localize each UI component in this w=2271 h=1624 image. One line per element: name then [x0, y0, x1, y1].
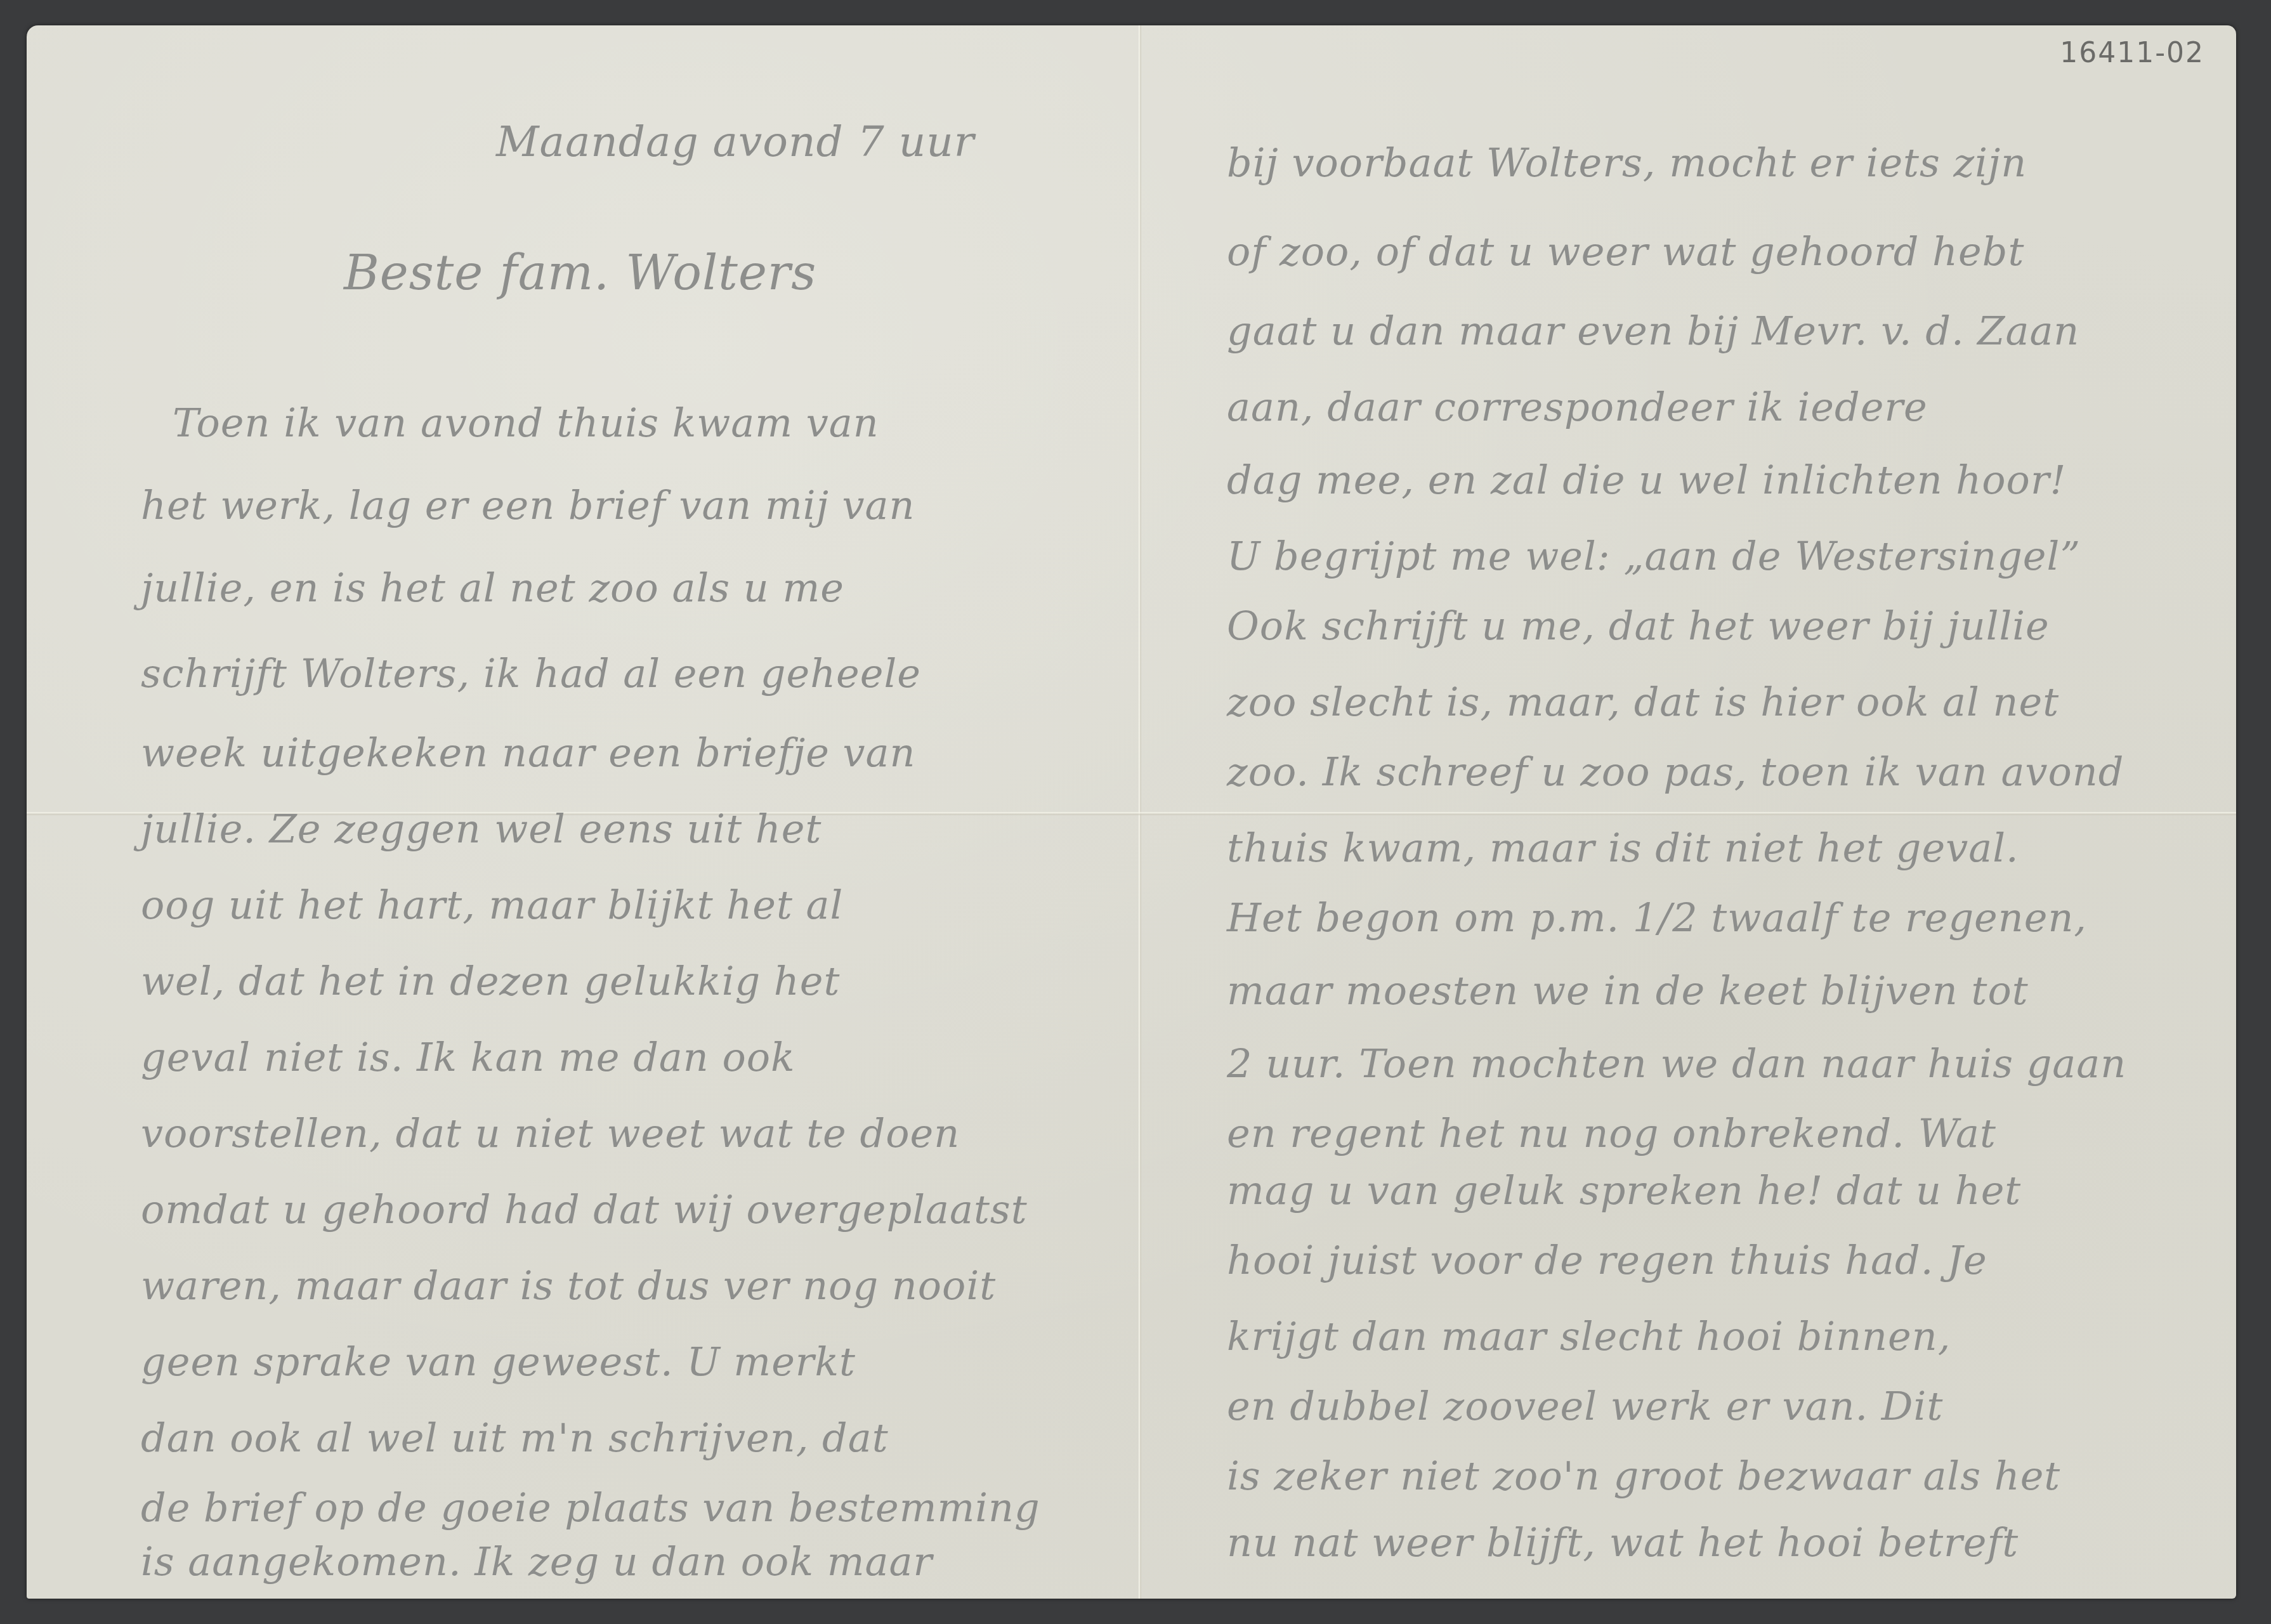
left-line-14: dan ook al wel uit m'n schrijven, dat	[141, 1415, 889, 1461]
right-line-17: krijgt dan maar slecht hooi binnen,	[1227, 1313, 1951, 1359]
left-line-12: waren, maar daar is tot dus ver nog nooi…	[141, 1262, 996, 1309]
left-page: Maandag avond 7 uur Beste fam. Wolters T…	[27, 25, 1139, 1599]
right-line-20: nu nat weer blijft, wat het hooi betreft	[1227, 1519, 2019, 1566]
left-line-10: voorstellen, dat u niet weet wat te doen	[141, 1110, 960, 1156]
right-line-4: aan, daar correspondeer ik iedere	[1227, 384, 1928, 430]
left-line-6: jullie. Ze zeggen wel eens uit het	[141, 806, 821, 852]
left-line-9: geval niet is. Ik kan me dan ook	[141, 1034, 795, 1080]
dateline: Maandag avond 7 uur	[496, 117, 974, 166]
right-line-9: zoo. Ik schreef u zoo pas, toen ik van a…	[1227, 749, 2124, 795]
right-line-13: 2 uur. Toen mochten we dan naar huis gaa…	[1227, 1040, 2126, 1087]
left-line-4: schrijft Wolters, ik had al een geheele	[141, 650, 921, 697]
right-line-10: thuis kwam, maar is dit niet het geval.	[1227, 825, 2019, 871]
left-line-15: de brief op de goeie plaats van bestemmi…	[141, 1484, 1040, 1531]
letter-paper: 16411-02 Maandag avond 7 uur Beste fam. …	[27, 25, 2236, 1599]
left-line-7: oog uit het hart, maar blijkt het al	[141, 882, 843, 928]
right-line-8: zoo slecht is, maar, dat is hier ook al …	[1227, 679, 2059, 725]
left-line-16: is aangekomen. Ik zeg u dan ook maar	[141, 1538, 933, 1585]
right-line-18: en dubbel zooveel werk er van. Dit	[1227, 1383, 1943, 1429]
right-line-1: bij voorbaat Wolters, mocht er iets zijn	[1227, 140, 2027, 186]
right-line-5: dag mee, en zal die u wel inlichten hoor…	[1227, 457, 2066, 503]
left-line-3: jullie, en is het al net zoo als u me	[141, 565, 844, 611]
right-line-2: of zoo, of dat u weer wat gehoord hebt	[1227, 228, 2024, 275]
left-line-8: wel, dat het in dezen gelukkig het	[141, 958, 840, 1004]
right-line-19: is zeker niet zoo'n groot bezwaar als he…	[1227, 1453, 2060, 1499]
right-line-11: Het begon om p.m. 1/2 twaalf te regenen,	[1227, 894, 2087, 941]
right-line-12: maar moesten we in de keet blijven tot	[1227, 967, 2029, 1014]
right-line-3: gaat u dan maar even bij Mevr. v. d. Zaa…	[1227, 308, 2079, 354]
left-line-13: geen sprake van geweest. U merkt	[141, 1339, 856, 1385]
right-page: bij voorbaat Wolters, mocht er iets zijn…	[1141, 25, 2236, 1599]
left-line-5: week uitgekeken naar een briefje van	[141, 730, 916, 776]
right-line-7: Ook schrijft u me, dat het weer bij jull…	[1227, 603, 2050, 649]
salutation: Beste fam. Wolters	[344, 244, 816, 301]
left-line-2: het werk, lag er een brief van mij van	[141, 482, 915, 528]
right-line-14: en regent het nu nog onbrekend. Wat	[1227, 1110, 1996, 1156]
left-line-1: Toen ik van avond thuis kwam van	[173, 400, 879, 446]
left-line-11: omdat u gehoord had dat wij overgeplaats…	[141, 1186, 1028, 1233]
right-line-6: U begrijpt me wel: „aan de Westersingel”	[1227, 533, 2081, 579]
right-line-15: mag u van geluk spreken he! dat u het	[1227, 1167, 2021, 1214]
right-line-16: hooi juist voor de regen thuis had. Je	[1227, 1237, 1987, 1283]
